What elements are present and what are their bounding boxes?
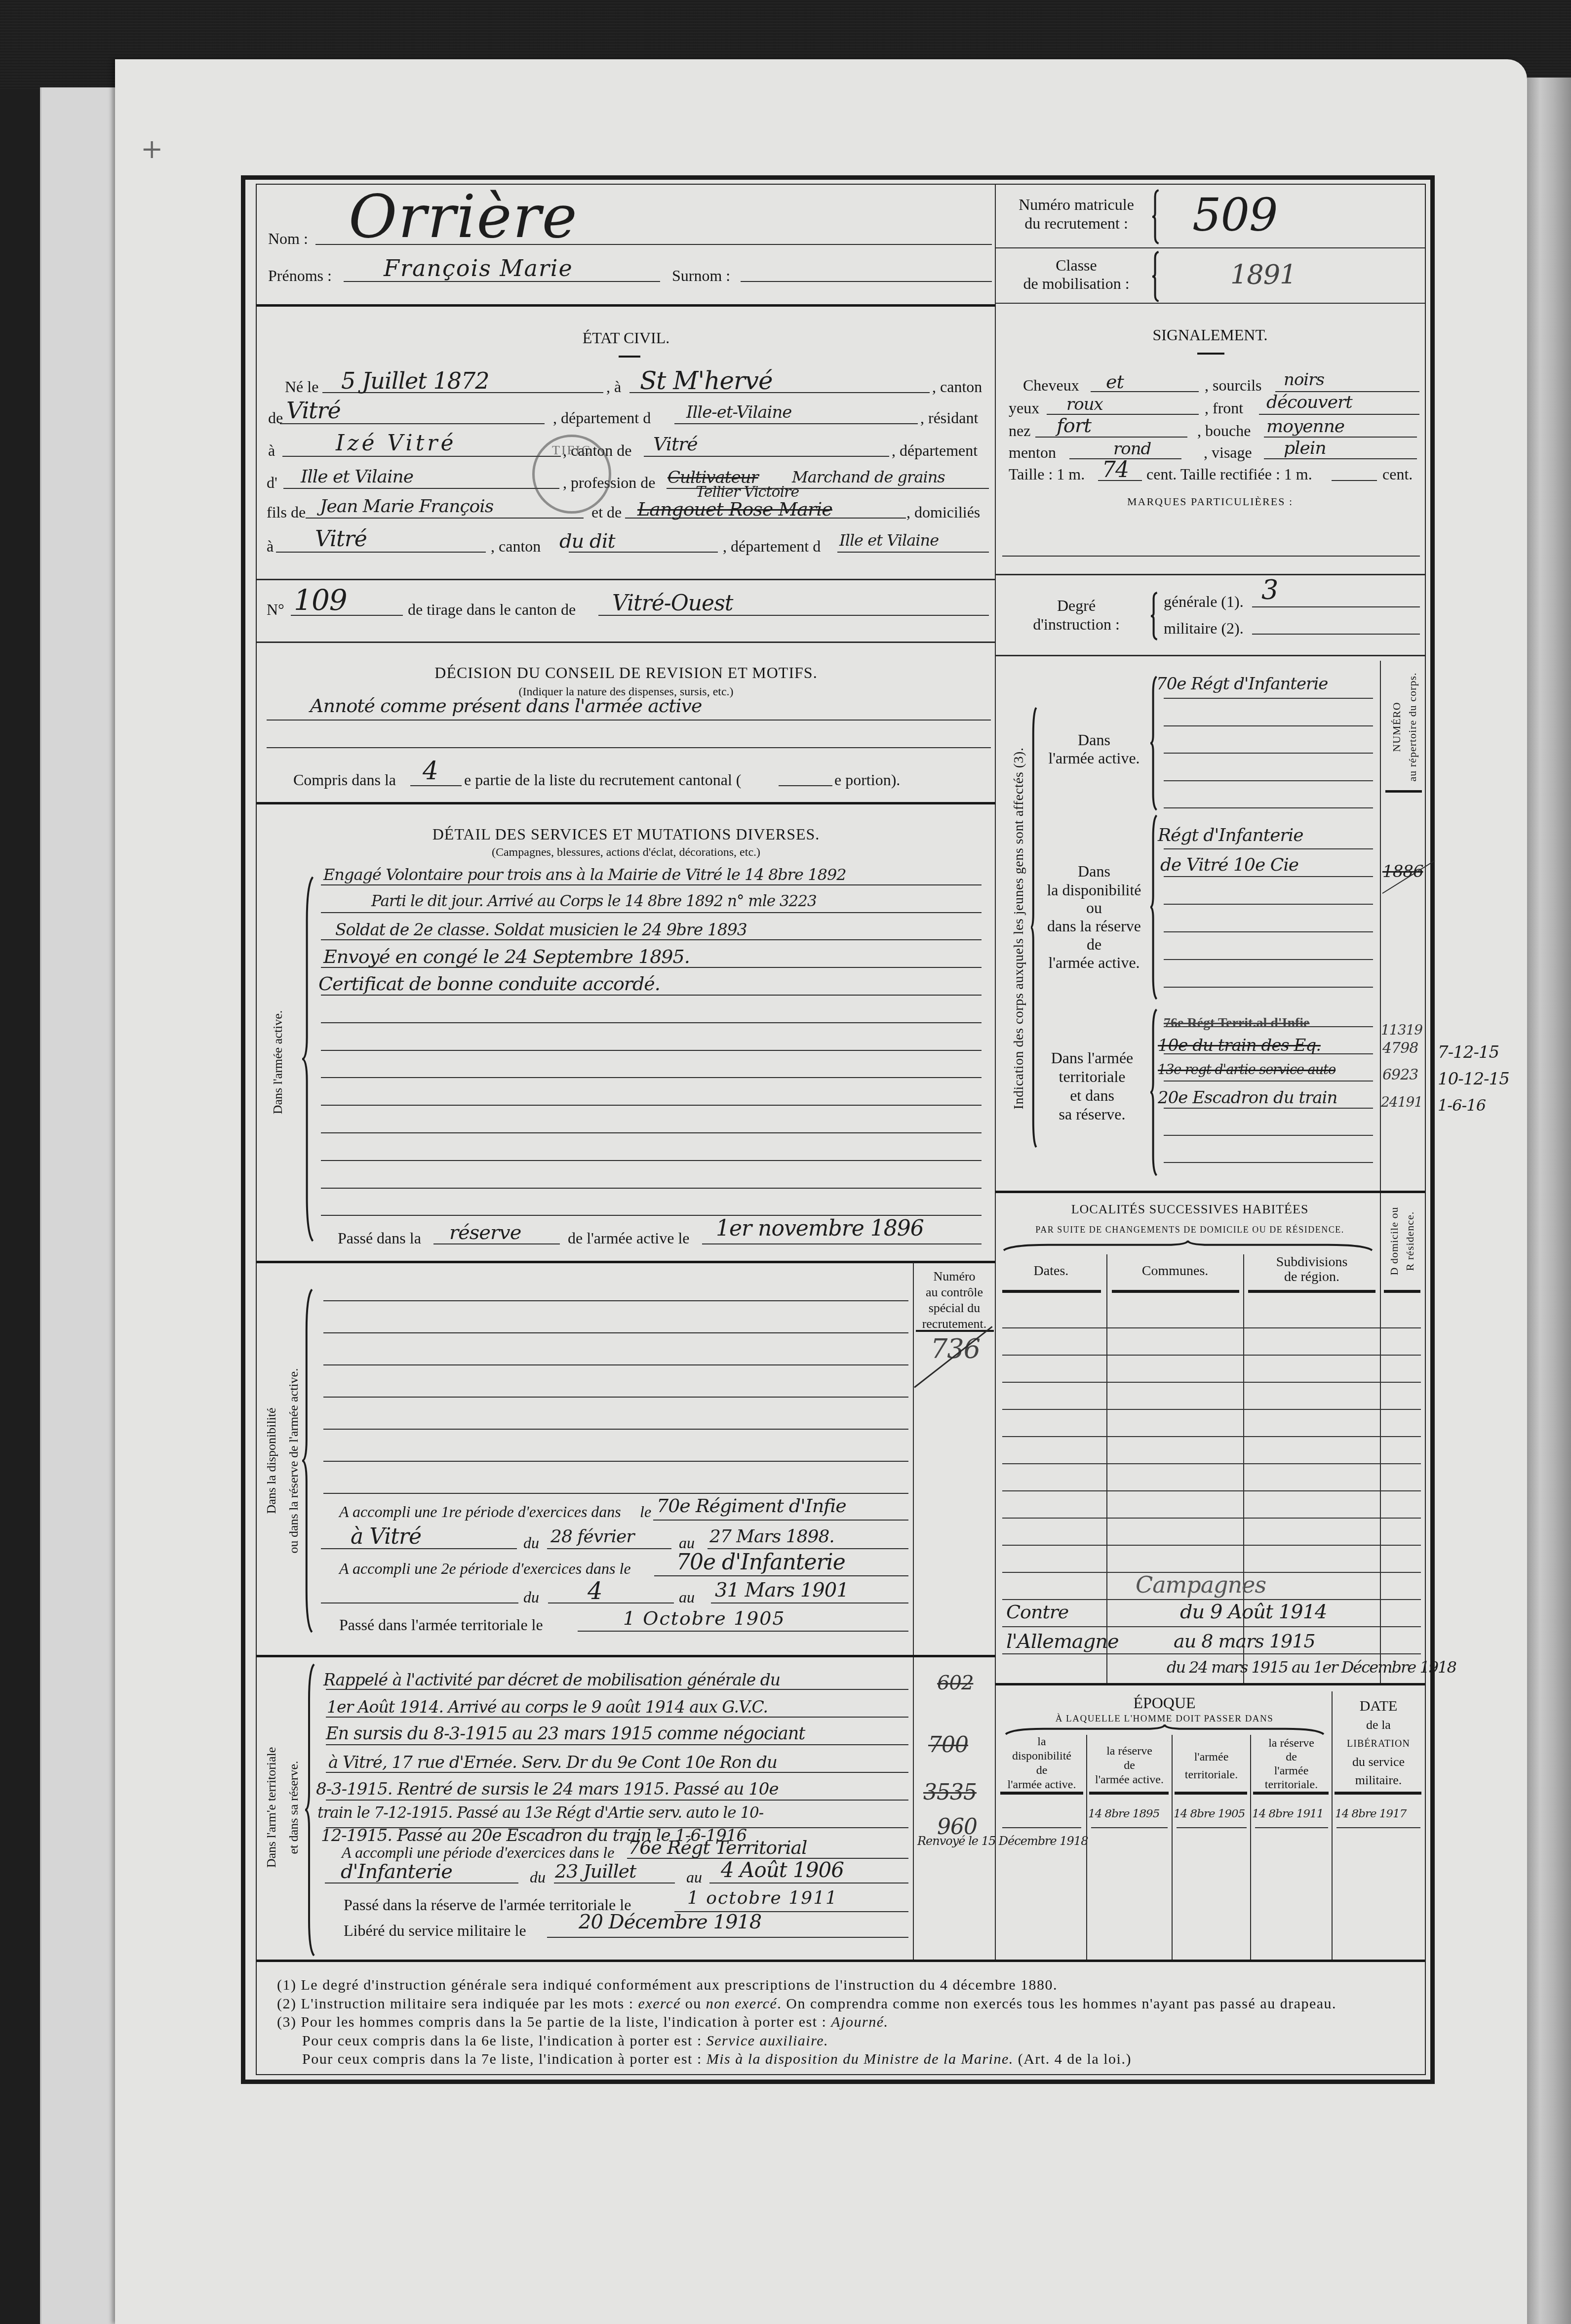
epoque-col-1-header: la (997, 1736, 1086, 1748)
terr-corps: 20e Escadron du train (1158, 1089, 1337, 1106)
periode-2-blank-line (321, 1603, 518, 1603)
matricule-divider (995, 247, 1425, 248)
decision-motif: Annoté comme présent dans l'armée active (310, 696, 702, 715)
epoque-value-reserve-active: 14 8bre 1895 (1088, 1808, 1159, 1820)
domicile-a-label: à (267, 538, 274, 554)
passe-value: réserve (449, 1223, 521, 1242)
dr-header-line-1: D domicile ou (1386, 1202, 1402, 1281)
residence-d-label: d' (267, 475, 277, 490)
dispo-corps-1: Régt d'Infanterie (1158, 827, 1303, 844)
matricule-bracket (1152, 190, 1159, 243)
footnote-text: Pour ceux compris dans la 7e liste, l'in… (302, 2051, 707, 2067)
services-subtitle: (Campagnes, blessures, actions d'éclat, … (257, 846, 995, 858)
departement-naissance-line (674, 423, 918, 424)
cheveux-label: Cheveux (1023, 377, 1079, 393)
generale-line (1252, 606, 1420, 607)
au-label: au (679, 1535, 695, 1551)
prenoms-value: François Marie (384, 257, 573, 280)
au-label: au (686, 1869, 702, 1885)
adjacent-page-edge (1527, 78, 1571, 2324)
terr-label-line: sa réserve. (1035, 1106, 1149, 1122)
footnote-text: Le degré d'instruction générale sera ind… (301, 1977, 1058, 1993)
periode-1-au-line (707, 1548, 908, 1549)
liberation-header: LIBÉRATION (1333, 1739, 1424, 1749)
portion-label: e portion). (834, 772, 900, 788)
footnote-text: ou (681, 1996, 706, 2012)
numero-label-2: au répertoire du corps. (1405, 665, 1420, 789)
taille-value: 74 (1102, 459, 1129, 481)
taille-rectifiee-line (1332, 480, 1377, 481)
value-rule (1002, 1827, 1081, 1828)
dispo-label-line: la disponibilité (1037, 882, 1151, 898)
services-title: DÉTAIL DES SERVICES ET MUTATIONS DIVERSE… (257, 826, 995, 842)
header-rule (1089, 1792, 1169, 1795)
side-label-line-1: Dans la disponibilité (260, 1332, 282, 1589)
motif-line (267, 720, 991, 721)
reserve-active-brace (302, 1289, 313, 1632)
marques-label: MARQUES PARTICULIÈRES : (995, 496, 1425, 507)
margin-pencil-mark: + (141, 136, 162, 162)
periode-corps: 76e Régt Territorial (628, 1838, 807, 1857)
stamp-text: TIFIC (535, 444, 609, 457)
cent-label: cent. (1382, 466, 1413, 482)
dispo-label-line: dans la réserve (1037, 918, 1151, 934)
menton-value: rond (1113, 441, 1151, 457)
domicile-departement-label: , département d (723, 538, 821, 554)
reserve-territoriale-date: 1 octobre 1911 (687, 1889, 838, 1907)
tirage-canton: Vitré-Ouest (612, 593, 733, 614)
header-rule (1384, 1290, 1420, 1293)
surnom-label: Surnom : (672, 268, 730, 283)
col-subdivisions-header-1: Subdivisions (1244, 1255, 1379, 1269)
periode-du: 23 Juillet (555, 1862, 636, 1881)
epoque-col-4-header: de (1251, 1751, 1332, 1763)
footnote-text: . On comprendra comme non exercés tous l… (777, 1996, 1336, 2012)
visage-line (1264, 458, 1417, 459)
campagnes-title: Campagnes (1136, 1573, 1266, 1596)
service-line: Soldat de 2e classe. Soldat musicien le … (335, 922, 747, 938)
footnote-divider (257, 1960, 1425, 1962)
side-label-line-2: ou dans la réserve de l'armée active. (282, 1332, 305, 1589)
numero-label-1: NUMÉRO (1389, 665, 1405, 789)
classe-bracket (1152, 252, 1159, 301)
dispo-label-line: l'armée active. (1037, 955, 1151, 970)
section-divider (257, 802, 995, 804)
campagnes-contre-1: Contre (1006, 1603, 1068, 1621)
dr-column-header: D domicile ou R résidence. (1386, 1202, 1418, 1281)
nez-value: fort (1057, 416, 1091, 436)
controle-numero: 700 (928, 1734, 968, 1756)
footnote-number: (2) (277, 1996, 296, 2012)
prenoms-label: Prénoms : (268, 268, 332, 283)
dr-header-line-2: R résidence. (1402, 1202, 1418, 1281)
services-ruled-lines (321, 858, 982, 1216)
territoriale-line: train le 7-12-1915. Passé au 13e Régt d'… (317, 1805, 763, 1821)
territoriale-line: Rappelé à l'activité par décret de mobil… (323, 1672, 780, 1688)
visage-label: , visage (1204, 444, 1252, 460)
service-line: Parti le dit jour. Arrivé au Corps le 14… (371, 894, 817, 909)
liberation-header: du service (1333, 1756, 1424, 1768)
territoriale-side-label: Dans l'arm'e territoriale et dans sa rés… (260, 1684, 305, 1931)
epoque-col-4-header: la réserve (1251, 1737, 1332, 1749)
front-value: découvert (1266, 394, 1352, 411)
territoriale-date: 1 Octobre 1905 (623, 1609, 785, 1628)
localites-subtitle: PAR SUITE DE CHANGEMENTS DE DOMICILE OU … (1002, 1225, 1377, 1234)
matricule-label-1: Numéro matricule (1002, 197, 1150, 212)
epoque-value-reserve-territoriale: 14 8bre 1911 (1252, 1808, 1323, 1820)
sourcils-value: noirs (1284, 371, 1324, 388)
footnote-3: (3) Pour les hommes compris dans la 5e p… (277, 2015, 888, 2030)
profession: Marchand de grains (792, 469, 945, 485)
periode-1-corps-line (653, 1520, 908, 1521)
periode-corps-2: d'Infanterie (341, 1862, 452, 1882)
departement-naissance: Ille-et-Vilaine (686, 404, 791, 421)
departement-label: , département d (553, 410, 651, 426)
libere-label: Libéré du service militaire le (344, 1923, 526, 1938)
liberation-header: DATE (1333, 1699, 1424, 1714)
mairie-stamp: TIFIC (532, 435, 611, 514)
periode-1-lieu: à Vitré (351, 1526, 421, 1548)
periode-2-au-line (711, 1603, 908, 1603)
partie-label: e partie de la liste du recrutement cant… (464, 772, 742, 788)
epoque-col-3-header: territoriale. (1173, 1769, 1250, 1781)
footnote-text: L'instruction militaire sera indiquée pa… (301, 1996, 638, 2012)
au-label: au (679, 1589, 695, 1605)
periode-1-label: A accompli une 1re période d'exercices d… (339, 1504, 621, 1520)
residence-departement-label: , département (892, 442, 978, 458)
col-dates-header: Dates. (996, 1264, 1106, 1278)
taille-rectifiee-label: cent. Taille rectifiée : 1 m. (1146, 466, 1312, 482)
value-rule (1091, 1827, 1168, 1828)
cheveux-value: et (1106, 372, 1124, 391)
localites-brace (1004, 1241, 1372, 1251)
liberation-header: militaire. (1333, 1774, 1424, 1787)
domicile-canton: du dit (559, 531, 615, 551)
sourcils-label: , sourcils (1205, 377, 1262, 393)
territoriale-label: Passé dans l'armée territoriale le (339, 1617, 543, 1633)
partie-line (410, 785, 462, 786)
header-rule (1002, 1290, 1101, 1293)
footnote-1: (1) Le degré d'instruction générale sera… (277, 1978, 1058, 1993)
title-dash (619, 356, 640, 358)
epoque-brace (1006, 1724, 1324, 1735)
service-line: Envoyé en congé le 24 Septembre 1895. (323, 947, 690, 966)
bouche-value: moyenne (1266, 418, 1344, 436)
etat-civil-title: ÉTAT CIVIL. (257, 330, 995, 346)
domicile: Vitré (315, 528, 367, 550)
periode-1-au: 27 Mars 1898. (709, 1528, 834, 1546)
header-rule (1248, 1290, 1375, 1293)
footnote-emphasis: exercé (638, 1996, 681, 2012)
epoque-col-2-header: l'armée active. (1087, 1774, 1172, 1786)
matricule-value: 509 (1192, 193, 1278, 238)
col-subdivisions-header-2: de région. (1244, 1270, 1379, 1284)
footnote-text: Pour les hommes compris dans la 5e parti… (301, 2014, 831, 2030)
footnote-emphasis: Service auxiliaire. (707, 2033, 828, 2049)
active-label-2: l'armée active. (1037, 750, 1151, 766)
reserve-active-side-label: Dans la disponibilité ou dans la réserve… (260, 1332, 305, 1589)
header-rule (1175, 1792, 1247, 1795)
et-de-label: et de (591, 504, 622, 520)
active-brace (1150, 677, 1157, 810)
terr-numero: 4798 (1382, 1041, 1418, 1056)
territoriale-line: En sursis du 8-3-1915 au 23 mars 1915 co… (326, 1725, 805, 1743)
territoriale-brace (305, 1664, 315, 1956)
periode-1-corps: 70e Régiment d'Infie (657, 1496, 846, 1515)
footnote-3b: Pour ceux compris dans la 6e liste, l'in… (302, 2034, 828, 2048)
localites-title: LOCALITÉS SUCCESSIVES HABITÉES (1002, 1203, 1377, 1216)
partie-value: 4 (423, 759, 438, 783)
nom-value: Orrière (349, 188, 578, 247)
classe-label-2: de mobilisation : (1002, 276, 1150, 291)
header-rule (1112, 1290, 1239, 1293)
periode-2-label: A accompli une 2e période d'exercices da… (339, 1561, 631, 1576)
side-label-line-1: Dans l'arm'e territoriale (260, 1684, 282, 1931)
dispo-label-line: ou (1037, 900, 1151, 916)
nom-label: Nom : (268, 231, 308, 246)
du-label: du (523, 1535, 539, 1551)
footnote-number: (1) (277, 1977, 296, 1993)
front-label: , front (1205, 400, 1243, 416)
numero-header-rule (1385, 790, 1422, 793)
section-divider (995, 1683, 1425, 1685)
terr-label-line: et dans (1035, 1087, 1149, 1103)
residence-departement-line (283, 488, 559, 489)
section-divider (995, 1191, 1425, 1193)
service-line: Engagé Volontaire pour trois ans à la Ma… (323, 867, 846, 882)
a-label: , à (606, 379, 621, 395)
canton-naissance: Vitré (286, 399, 341, 422)
instruction-label-1: Degré (1002, 598, 1150, 613)
dispo-label-line: Dans (1037, 863, 1151, 879)
epoque-col-divider (1332, 1691, 1333, 1960)
generale-value: 3 (1261, 577, 1278, 603)
du-label: du (530, 1869, 546, 1885)
column-divider (995, 184, 996, 1962)
date-naissance: 5 Juillet 1872 (341, 369, 489, 392)
section-divider (995, 655, 1425, 656)
menton-label: menton (1009, 444, 1056, 460)
matricule-label-2: du recrutement : (1002, 215, 1150, 231)
footnote-number: (3) (277, 2014, 296, 2030)
header-rule (1335, 1792, 1421, 1795)
residence: Izé Vitré (336, 433, 456, 454)
section-divider (257, 1655, 995, 1657)
controle-numero: 602 (937, 1673, 973, 1693)
terr-brace (1150, 1009, 1157, 1175)
numero-header-rule (916, 1330, 994, 1332)
compris-label: Compris dans la (293, 772, 396, 788)
services-brace (302, 877, 314, 1241)
nez-label: nez (1009, 423, 1030, 439)
epoque-col-1-header: disponibilité (997, 1750, 1086, 1762)
campagnes-contre-2: l'Allemagne (1006, 1632, 1119, 1651)
terr-corps: 13e regt d'artie service auto (1158, 1063, 1335, 1077)
yeux-label: yeux (1009, 400, 1039, 416)
instruction-bracket (1151, 593, 1158, 640)
periode-2-du: 4 (588, 1579, 602, 1603)
periode-2-au: 31 Mars 1901 (715, 1580, 849, 1600)
footnote-2: (2) L'instruction militaire sera indiqué… (277, 1997, 1336, 2011)
tirage-canton-label: de tirage dans le canton de (408, 601, 576, 617)
epoque-value-territoriale: 14 8bre 1905 (1174, 1808, 1245, 1820)
motif-line-2 (267, 747, 991, 748)
periode-2-corps-line (654, 1575, 908, 1576)
footnote-emphasis: Mis à la disposition du Ministre de la M… (707, 2051, 1014, 2067)
section-divider (257, 304, 995, 307)
classe-divider (995, 303, 1425, 304)
numero-controle-value: 736 (931, 1336, 980, 1362)
section-divider (257, 579, 995, 580)
terr-date: 7-12-15 (1438, 1044, 1499, 1061)
domicile-canton-label: , canton (491, 538, 541, 554)
domicile-departement-line (837, 552, 989, 553)
mere-crossed: Langouet Rose Marie (637, 500, 832, 519)
terr-label-line: Dans l'armée (1035, 1050, 1149, 1066)
periode-1-du-line (547, 1548, 671, 1549)
militaire-line (1252, 634, 1420, 635)
service-line: Certificat de bonne conduite accordé. (318, 974, 660, 993)
bouche-line (1264, 437, 1417, 438)
terr-corps: 10e du train des Eq. (1158, 1037, 1321, 1054)
residant-label: , résidant (920, 410, 978, 426)
passe-label-2: de l'armée active le (568, 1230, 690, 1246)
surnom-line (741, 281, 992, 282)
terr-corps-stamped: 76e Régt Territ.al d'Infie (1164, 1016, 1310, 1030)
campagnes-periode-2: du 24 mars 1915 au 1er Décembre 1918 (1167, 1659, 1456, 1675)
controle-numero: 3535 (923, 1782, 977, 1803)
epoque-col-4-header: l'armée (1251, 1765, 1332, 1777)
classe-value: 1891 (1230, 262, 1296, 288)
periode-au: 4 Août 1906 (721, 1860, 844, 1881)
liberation-header: de la (1333, 1719, 1424, 1731)
numero-controle-header-1: Numéro (914, 1270, 995, 1283)
terr-date: 10-12-15 (1438, 1071, 1509, 1087)
epoque-col-1-header: de (997, 1764, 1086, 1776)
portion-line (779, 785, 832, 786)
header-rule (1000, 1792, 1083, 1795)
mere: Tellier Victoire (696, 485, 799, 500)
section-divider (995, 574, 1425, 575)
footnote-emphasis: Ajourné. (831, 2014, 888, 2030)
front-line (1259, 414, 1419, 415)
terr-date: 1-6-16 (1438, 1097, 1486, 1113)
territoriale-line: 1er Août 1914. Arrivé au corps le 9 août… (327, 1699, 768, 1715)
numero-column-divider (913, 1262, 914, 1960)
value-rule (1336, 1827, 1420, 1828)
domicilies-label: , domiciliés (906, 504, 980, 520)
footnote-3c: Pour ceux compris dans la 7e liste, l'in… (302, 2052, 1132, 2067)
instruction-label-2: d'instruction : (1002, 616, 1150, 632)
periode-2-du-line (548, 1603, 674, 1603)
campagnes-periode-1b: au 8 mars 1915 (1174, 1632, 1315, 1650)
periode-1-le: le (640, 1504, 651, 1520)
periode-du-line (554, 1883, 675, 1883)
services-side-label: Dans l'armée active. (272, 963, 286, 1161)
tirage-numero: 109 (294, 586, 347, 614)
periode-label: A accompli une période d'exercices dans … (342, 1844, 614, 1860)
dispo-brace (1150, 815, 1157, 999)
residence-a-label: à (268, 442, 275, 458)
terr-numero: 24191 (1381, 1095, 1422, 1109)
marques-line (1002, 556, 1420, 557)
yeux-value: roux (1066, 396, 1103, 413)
reserve-ruled-lines (323, 1269, 908, 1494)
numero-controle-header-2: au contrôle (914, 1286, 995, 1299)
terr-numero: 11319 (1381, 1023, 1422, 1037)
col-communes-header: Communes. (1107, 1264, 1243, 1278)
taille-label: Taille : 1 m. (1009, 466, 1085, 482)
libere-date: 20 Décembre 1918 (579, 1912, 761, 1932)
decision-title: DÉCISION DU CONSEIL DE REVISION ET MOTIF… (257, 665, 995, 681)
epoque-col-4-header: territoriale. (1251, 1779, 1332, 1791)
territoriale-line: 8-3-1915. Rentré de sursis le 24 mars 19… (316, 1781, 779, 1798)
territoriale-date-line (578, 1631, 908, 1632)
pere-line (306, 518, 584, 519)
footnote-text: (Art. 4 de la loi.) (1014, 2051, 1132, 2067)
ne-le-label: Né le (285, 379, 318, 395)
fils-de-label: fils de (267, 504, 306, 520)
section-divider (257, 1261, 995, 1263)
numero-controle-header-3: spécial du (914, 1302, 995, 1315)
active-corps: 70e Régt d'Infanterie (1156, 676, 1328, 692)
residence-line (282, 456, 561, 457)
dispo-corps-2: de Vitré 10e Cie (1160, 856, 1298, 874)
lieu-naissance: St M'hervé (640, 368, 773, 393)
pere: Jean Marie François (320, 498, 493, 516)
dispo-ruled-lines (1164, 822, 1373, 988)
active-label-1: Dans (1037, 732, 1151, 748)
terr-numero: 6923 (1382, 1068, 1418, 1082)
header-rule (1253, 1792, 1329, 1795)
periode-1-du: 28 février (550, 1528, 634, 1546)
section-divider (257, 641, 995, 643)
residence-canton: Vitré (653, 435, 698, 453)
domicile-line (276, 552, 486, 553)
epoque-col-2-header: la réserve (1087, 1745, 1172, 1757)
passe-date: 1er novembre 1896 (716, 1218, 924, 1240)
classe-label-1: Classe (1002, 257, 1150, 273)
periode-2-corps: 70e d'Infanterie (676, 1552, 845, 1573)
epoque-col-2-header: de (1087, 1760, 1172, 1771)
title-dash (1197, 353, 1224, 355)
passe-label: Passé dans la (338, 1230, 421, 1246)
epoque-col-3-header: l'armée (1173, 1751, 1250, 1763)
du-label: du (523, 1589, 539, 1605)
signalement-title: SIGNALEMENT. (995, 327, 1425, 343)
canton-label: , canton (932, 379, 982, 395)
bouche-label: , bouche (1197, 423, 1251, 439)
libere-line (547, 1937, 908, 1938)
numero-controle-header-4: recrutement. (914, 1318, 995, 1330)
passe-date-line (702, 1243, 982, 1244)
footnote-text: Pour ceux compris dans la 6e liste, l'in… (302, 2033, 707, 2049)
militaire-label: militaire (2). (1164, 620, 1244, 636)
residence-canton-line (644, 456, 889, 457)
terr-label-line: territoriale (1035, 1069, 1149, 1084)
footnote-emphasis: non exercé (706, 1996, 778, 2012)
tirage-no-label: N° (267, 601, 284, 617)
epoque-subtitle: À LAQUELLE L'HOMME DOIT PASSER DANS (997, 1714, 1332, 1723)
campagnes-periode-1a: du 9 Août 1914 (1180, 1602, 1327, 1622)
domicile-departement: Ille et Vilaine (839, 532, 939, 548)
epoque-value-liberation: 14 8bre 1917 (1335, 1808, 1406, 1820)
residence-departement: Ille et Vilaine (301, 468, 413, 486)
epoque-title: ÉPOQUE (997, 1695, 1332, 1711)
epoque-col-1-header: l'armée active. (997, 1779, 1086, 1791)
visage-value: plein (1284, 440, 1326, 457)
value-rule (1177, 1827, 1247, 1828)
